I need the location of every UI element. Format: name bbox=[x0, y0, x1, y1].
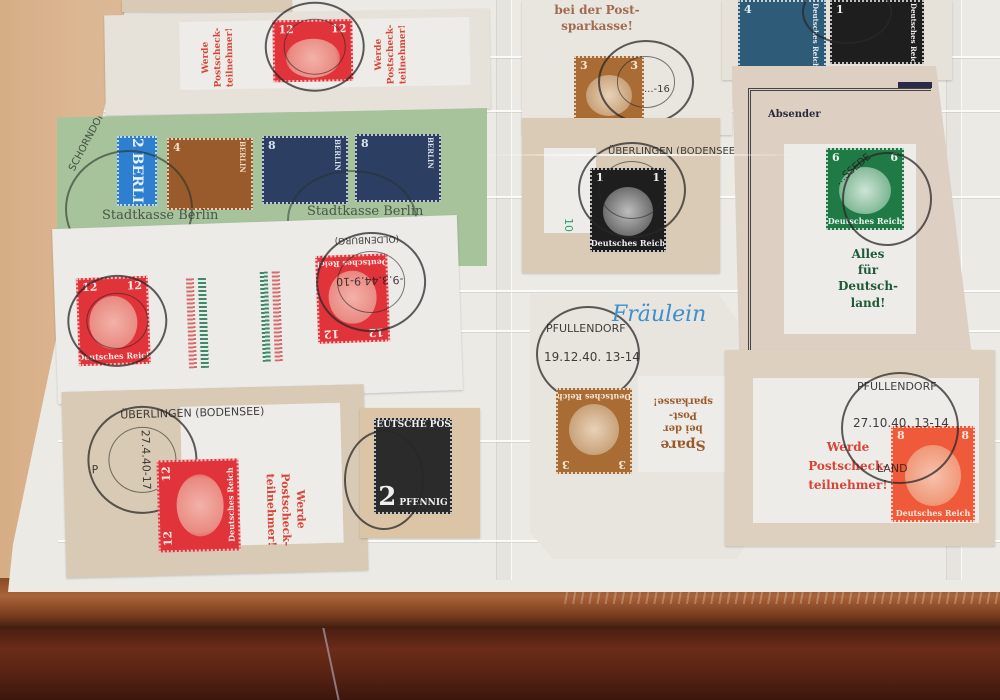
gutter-pair-piece: 1212 Deutsches Reich 1212 Deutsches Reic… bbox=[52, 215, 463, 404]
absender-label: Absender bbox=[768, 108, 821, 122]
margin-number: 10 bbox=[562, 218, 575, 232]
hindenburg-portrait bbox=[176, 474, 225, 537]
gutter-green-lines bbox=[198, 278, 209, 368]
uberlingen-piece: ÜBERLINGEN (BODENSEE) 27.4.40-17 P 1212 … bbox=[62, 384, 369, 578]
card-mark bbox=[898, 82, 932, 88]
postmark-letter: P bbox=[91, 463, 98, 476]
gutter-red-lines bbox=[186, 278, 197, 368]
postmark-date: 19.12.40. 13-14 bbox=[544, 350, 640, 364]
postmark-date: 27.4.40-17 bbox=[139, 430, 154, 490]
hindenburg-portrait bbox=[569, 404, 619, 455]
stamp-3-brown-inverted: 33 Deutsches Reich bbox=[556, 388, 632, 474]
gutter-red-lines-2 bbox=[272, 271, 283, 361]
slogan-text-right: Werde Postscheck-teilnehmer! bbox=[372, 22, 410, 87]
slogan-text-left: Werde Postscheck-teilnehmer! bbox=[199, 25, 237, 90]
slogan-text: bei der Post-sparkasse! bbox=[552, 2, 642, 34]
postmark-date: ...-16 bbox=[644, 84, 670, 95]
kraft-paper-sliver bbox=[122, 0, 292, 12]
pfullendorf-postscheck-piece: Werde Postscheck- teilnehmer! 88 Deutsch… bbox=[725, 350, 995, 546]
postmark-uberlingen bbox=[598, 40, 694, 124]
slogan-text: Alles für Deutsch- land! bbox=[828, 246, 908, 311]
gutter-green-lines-2 bbox=[260, 272, 271, 362]
sleeve-glare bbox=[480, 154, 800, 156]
postmark-date: 27.10.40. 13-14 bbox=[853, 416, 949, 430]
black-stamp-piece: 10 11 Deutsches Reich ÜBERLINGEN (BODENS… bbox=[522, 118, 720, 273]
stamp-12-red: 1212 Deutsches Reich bbox=[156, 458, 240, 552]
absender-card: Absender 66 Deutsches Reich ...SSEDE All… bbox=[732, 66, 972, 356]
wooden-table bbox=[0, 628, 1000, 700]
postscheck-piece-top: Werde Postscheck-teilnehmer! 1212 Werde … bbox=[104, 9, 491, 116]
binder-texture bbox=[560, 592, 1000, 604]
handwritten-word: Fräulein bbox=[612, 302, 706, 327]
sparkasse-piece: bei der Post-sparkasse! 33 ...-16 bbox=[522, 0, 732, 135]
postmark-partial bbox=[344, 430, 424, 530]
postmark-date: -9.3.44.9-10 bbox=[336, 273, 404, 288]
postmark-sub: LAND bbox=[877, 462, 908, 475]
slogan-inverted: Spare bei der Post- sparkasse! bbox=[642, 394, 724, 453]
slogan-cancel-text: Stadtkasse Berlin bbox=[102, 208, 218, 223]
slogan-text: Werde Postscheck-teilnehmer! bbox=[262, 464, 309, 555]
pfennig-piece: DEUTSCHE POST 2 PFENNIG bbox=[360, 408, 480, 538]
postmark-city: PFULLENDORF bbox=[857, 380, 937, 393]
